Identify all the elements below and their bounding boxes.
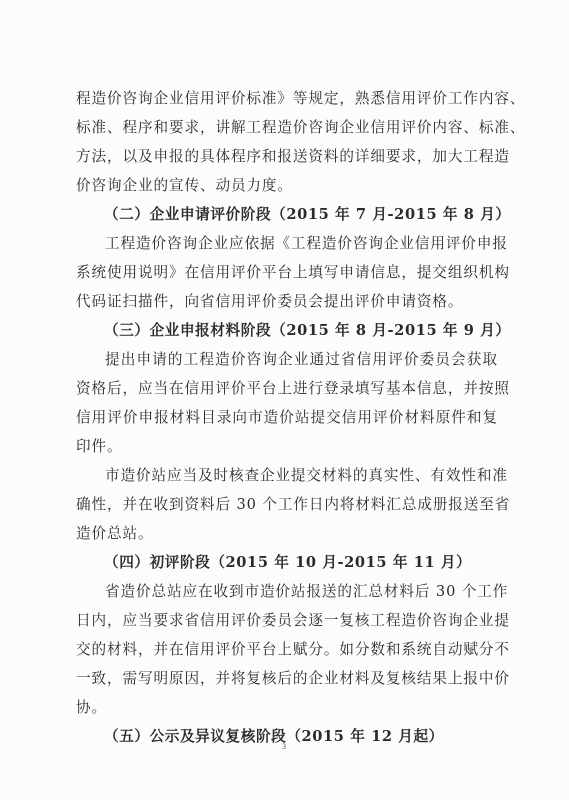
section-heading-3: （三）企业申报材料阶段（2015 年 8 月-2015 年 9 月） — [104, 321, 511, 341]
document-page: 程造价咨询企业信用评价标准》等规定，熟悉信用评价工作内容、 标准、程序和要求，讲… — [0, 0, 569, 800]
text-line: 协。 — [76, 698, 498, 718]
text-line: 代码证扫描件，向省信用评价委员会提出评价申请资格。 — [76, 292, 498, 312]
text-line: 信用评价申报材料目录向市造价站提交信用评价材料原件和复 — [76, 408, 498, 428]
text-line: 资格后，应当在信用评价平台上进行登录填写基本信息，并按照 — [76, 379, 498, 399]
text-line: 确性，并在收到资料后 30 个工作日内将材料汇总成册报送至省 — [76, 495, 498, 515]
text-line: 一致，需写明原因，并将复核后的企业材料及复核结果上报中价 — [76, 669, 498, 689]
text-line: 省造价总站应在收到市造价站报送的汇总材料后 30 个工作 — [105, 582, 498, 602]
text-line: 价咨询企业的宣传、动员力度。 — [76, 176, 498, 196]
text-line: 方法，以及申报的具体程序和报送资料的详细要求，加大工程造 — [76, 147, 498, 167]
text-line: 印件。 — [76, 437, 498, 457]
section-heading-2: （二）企业申请评价阶段（2015 年 7 月-2015 年 8 月） — [104, 205, 511, 225]
section-heading-5: （五）公示及异议复核阶段（2015 年 12 月起） — [104, 727, 444, 747]
text-line: 提出申请的工程造价咨询企业通过省信用评价委员会获取 — [105, 350, 498, 370]
text-line: 造价总站。 — [76, 524, 498, 544]
text-line: 交的材料，并在信用评价平台上赋分。如分数和系统自动赋分不 — [76, 640, 498, 660]
text-line: 标准、程序和要求，讲解工程造价咨询企业信用评价内容、标准、 — [76, 118, 498, 138]
text-line: 日内，应当要求省信用评价委员会逐一复核工程造价咨询企业提 — [76, 611, 498, 631]
text-line: 市造价站应当及时核查企业提交材料的真实性、有效性和准 — [105, 466, 498, 486]
page-number: 3 — [282, 742, 286, 751]
text-line: 系统使用说明》在信用评价平台上填写申请信息，提交组织机构 — [76, 263, 498, 283]
section-heading-4: （四）初评阶段（2015 年 10 月-2015 年 11 月） — [104, 553, 471, 573]
text-line: 工程造价咨询企业应依据《工程造价咨询企业信用评价申报 — [105, 234, 498, 254]
text-line: 程造价咨询企业信用评价标准》等规定，熟悉信用评价工作内容、 — [76, 89, 498, 109]
